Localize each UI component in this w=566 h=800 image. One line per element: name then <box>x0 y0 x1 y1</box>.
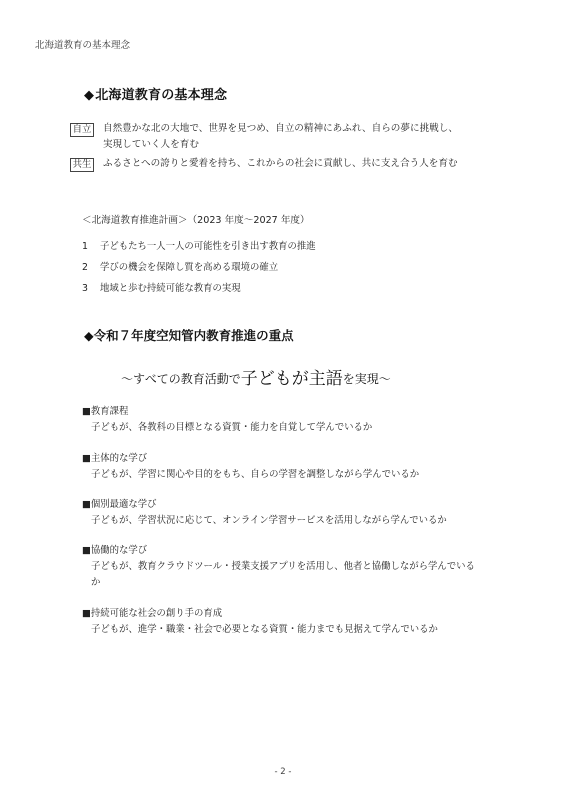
principle-independence: 自立 自然豊かな北の大地で、世界を見つめ、自立の精神にあふれ、自らの夢に挑戦し、… <box>70 123 458 153</box>
slogan-prefix: ～すべての教育活動で <box>121 372 241 386</box>
focus-body: 子どもが、学習に関心や目的をもち、自らの学習を調整しながら学んでいるか <box>82 467 491 483</box>
slogan: ～すべての教育活動で子どもが主語を実現～ <box>121 364 391 389</box>
focus-body: 子どもが、各教科の目標となる資質・能力を自覚して学んでいるか <box>82 420 491 436</box>
plan-item-number: 3 <box>82 283 100 294</box>
focus-body: 子どもが、教育クラウドツール・授業支援アプリを活用し、他者と協働しながら学んでい… <box>82 559 483 591</box>
plan-item-number: 1 <box>82 241 100 252</box>
plan-item-text: 学びの機会を保障し質を高める環境の確立 <box>100 262 278 273</box>
principle-text: ふるさとへの誇りと愛着を持ち、これからの社会に貢献し、共に支え合う人を育む <box>103 156 458 172</box>
square-bullet-icon: ■ <box>82 406 91 417</box>
focus-body: 子どもが、学習状況に応じて、オンライン学習サービスを活用しながら学んでいるか <box>82 513 491 529</box>
principle-tag: 共生 <box>70 158 94 172</box>
page-number: - 2 - <box>0 767 566 777</box>
principle-line: ふるさとへの誇りと愛着を持ち、これからの社会に貢献し、共に支え合う人を育む <box>103 156 458 172</box>
principle-coexistence: 共生 ふるさとへの誇りと愛着を持ち、これからの社会に貢献し、共に支え合う人を育む <box>70 158 458 172</box>
principle-line: 実現していく人を育む <box>103 137 458 153</box>
section-heading-priorities: ◆令和７年度空知管内教育推進の重点 <box>84 326 294 344</box>
slogan-suffix: を実現～ <box>343 372 391 386</box>
plan-item: 3地域と歩む持続可能な教育の実現 <box>82 280 241 294</box>
section-title: 令和７年度空知管内教育推進の重点 <box>94 328 294 343</box>
focus-item: ■教育課程 子どもが、各教科の目標となる資質・能力を自覚して学んでいるか <box>82 404 491 436</box>
focus-heading: ■持続可能な社会の創り手の育成 <box>82 606 491 622</box>
focus-item: ■個別最適な学び 子どもが、学習状況に応じて、オンライン学習サービスを活用しなが… <box>82 497 491 529</box>
focus-heading: ■協働的な学び <box>82 543 483 559</box>
section-heading-basic-philosophy: ◆北海道教育の基本理念 <box>84 84 227 103</box>
focus-item: ■協働的な学び 子どもが、教育クラウドツール・授業支援アプリを活用し、他者と協働… <box>82 543 483 591</box>
plan-item-text: 子どもたち一人一人の可能性を引き出す教育の推進 <box>100 241 316 252</box>
slogan-emphasis: 子どもが主語 <box>241 369 343 389</box>
plan-item: 1子どもたち一人一人の可能性を引き出す教育の推進 <box>82 238 316 252</box>
focus-heading: ■教育課程 <box>82 404 491 420</box>
square-bullet-icon: ■ <box>82 499 91 510</box>
focus-item: ■主体的な学び 子どもが、学習に関心や目的をもち、自らの学習を調整しながら学んで… <box>82 451 491 483</box>
diamond-bullet-icon: ◆ <box>84 88 94 103</box>
plan-item: 2学びの機会を保障し質を高める環境の確立 <box>82 259 278 273</box>
focus-body: 子どもが、進学・職業・社会で必要となる資質・能力までも見据えて学んでいるか <box>82 622 491 638</box>
plan-item-text: 地域と歩む持続可能な教育の実現 <box>100 283 241 294</box>
square-bullet-icon: ■ <box>82 453 91 464</box>
section-title: 北海道教育の基本理念 <box>95 88 227 103</box>
diamond-bullet-icon: ◆ <box>84 328 94 343</box>
principle-line: 自然豊かな北の大地で、世界を見つめ、自立の精神にあふれ、自らの夢に挑戦し、 <box>103 121 458 137</box>
square-bullet-icon: ■ <box>82 545 91 556</box>
focus-item: ■持続可能な社会の創り手の育成 子どもが、進学・職業・社会で必要となる資質・能力… <box>82 606 491 638</box>
focus-heading: ■主体的な学び <box>82 451 491 467</box>
focus-heading: ■個別最適な学び <box>82 497 491 513</box>
principle-text: 自然豊かな北の大地で、世界を見つめ、自立の精神にあふれ、自らの夢に挑戦し、 実現… <box>103 121 458 153</box>
plan-item-number: 2 <box>82 262 100 273</box>
square-bullet-icon: ■ <box>82 608 91 619</box>
running-header: 北海道教育の基本理念 <box>35 37 130 51</box>
plan-title: ＜北海道教育推進計画＞（2023 年度～2027 年度） <box>82 212 310 226</box>
principle-tag: 自立 <box>70 123 94 137</box>
